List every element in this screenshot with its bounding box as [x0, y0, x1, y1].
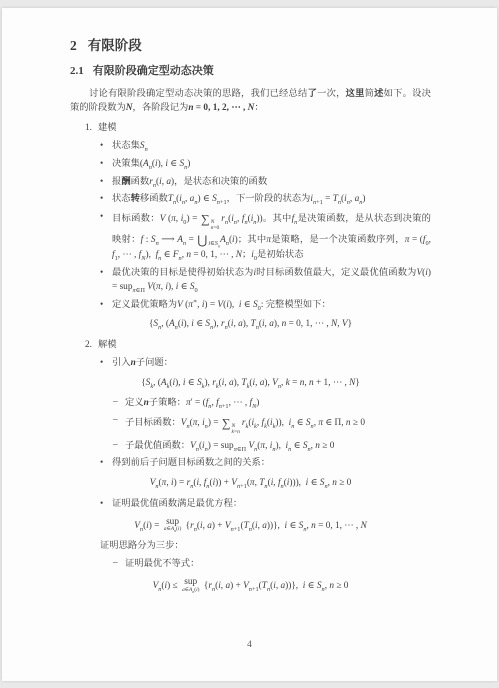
bullet-action-set: 决策集(An(i), i ∈ Sn) [100, 158, 431, 172]
subproblem-dash-list: 定义n子策略：π′ = (fn, fn+1, ⋯ , fN) 子目标函数：Vn(… [70, 397, 431, 453]
formula-subproblem-model: {Sk, (Ak(i), i ∈ Sk), rk(i, a), Tk(i, a)… [70, 377, 431, 391]
dash-sub-objective-function: 子目标函数：Vn(π, in) = ∑Nk=nrk(ik, fk(ik)), i… [113, 415, 431, 435]
proof-steps-note: 证明思路分为三步： [100, 540, 431, 554]
enum-number: 2. [85, 340, 92, 350]
page-number: 4 [2, 639, 497, 653]
proof-dash-list: 证明最优不等式： [70, 558, 431, 572]
subsection-title: 有限阶段确定型动态决策 [93, 65, 214, 77]
page-content: 2有限阶段 2.1有限阶段确定型动态决策 讨论有限阶段确定型动态决策的思路，我们… [2, 8, 497, 681]
subsection-number: 2.1 [70, 65, 84, 77]
enum-title: 建模 [98, 123, 117, 133]
bullet-objective-function: 目标函数：V (π, i0) = ∑Nn=0rn(in, fn(in))。其中f… [100, 211, 431, 263]
bullet-optimality-equation: 证明最优值函数满足最优方程： [100, 498, 431, 512]
solving-bullet-list-3: 证明最优值函数满足最优方程： [70, 498, 431, 512]
bullet-relation: 得到前后子问题目标函数之间的关系： [100, 457, 431, 471]
intro-paragraph: 讨论有限阶段确定型动态决策的思路，我们已经总结了一次，这里简述如下。设决策的阶段… [70, 88, 431, 116]
formula-optimality-equation: Vn(i) = supa∈An(i) {rn(i, a) + Vn+1(Tn(i… [70, 518, 431, 534]
solving-bullet-list-1: 引入n子问题： [70, 357, 431, 371]
document-page: 2有限阶段 2.1有限阶段确定型动态决策 讨论有限阶段确定型动态决策的思路，我们… [2, 8, 497, 681]
enum-item-solving: 2.解模 [85, 339, 431, 353]
subsection-heading: 2.1有限阶段确定型动态决策 [70, 65, 431, 79]
modeling-bullet-list: 状态集Sn 决策集(An(i), i ∈ Sn) 报酬函数rn(i, a)，是状… [70, 140, 431, 312]
formula-complete-model: {Sn, (An(i), i ∈ Sn), rn(i, a), Tn(i, a)… [70, 318, 431, 332]
enum-number: 1. [85, 123, 92, 133]
dash-sub-strategy: 定义n子策略：π′ = (fn, fn+1, ⋯ , fN) [113, 397, 431, 411]
section-heading: 2有限阶段 [70, 38, 431, 54]
enum-item-modeling: 1.建模 [85, 122, 431, 136]
bullet-reward-function: 报酬函数rn(i, a)，是状态和决策的函数 [100, 176, 431, 190]
dash-sub-optimal-value-function: 子最优值函数：Vn(in) = supπ∈Π Vn(π, in), in ∈ S… [113, 440, 431, 454]
bullet-optimal-value-function: 最优决策的目标是使得初始状态为i时目标函数值最大，定义最优值函数为V(i) = … [100, 267, 431, 295]
solving-bullet-list-2: 得到前后子问题目标函数之间的关系： [70, 457, 431, 471]
bullet-transition-function: 状态转移函数Tn(in, an) ∈ Sn+1，下一阶段的状态为in+1 = T… [100, 193, 431, 207]
section-number: 2 [70, 38, 77, 53]
enum-title: 解模 [98, 340, 117, 350]
bullet-subproblem-intro: 引入n子问题： [100, 357, 431, 371]
formula-optimal-inequality: Vn(i) ≤ supa∈An(i) {rn(i, a) + Vn+1(Tn(i… [70, 578, 431, 594]
bullet-state-set: 状态集Sn [100, 140, 431, 154]
formula-relation: Vn(π, i) = rn(i, fn(i)) + Vn+1(π, Tn(i, … [70, 477, 431, 491]
dash-optimal-inequality: 证明最优不等式： [113, 558, 431, 572]
bullet-optimal-policy: 定义最优策略为V (π∗, i) = V(i), i ∈ S0: 完整模型如下： [100, 299, 431, 313]
section-title: 有限阶段 [88, 38, 142, 53]
